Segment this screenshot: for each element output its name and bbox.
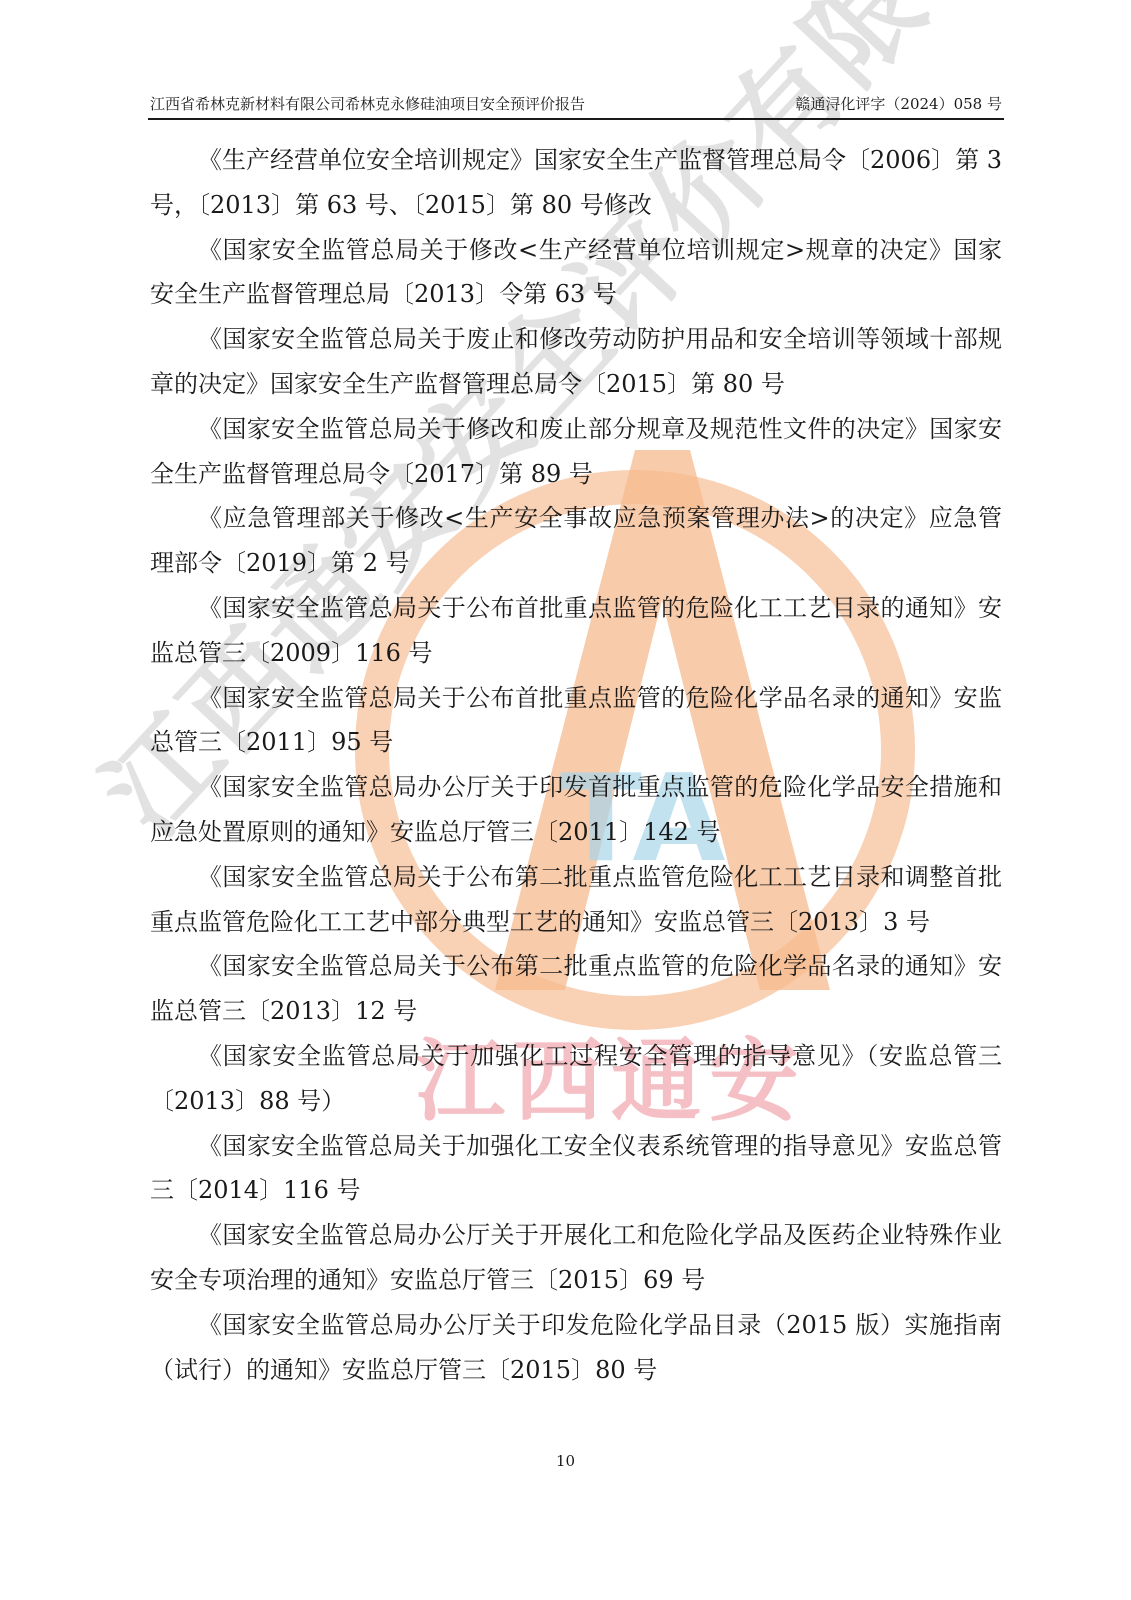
regulation-entry: 《国家安全监管总局关于修改和废止部分规章及规范性文件的决定》国家安全生产监督管理… [150,407,1002,497]
header-report-number: 赣通浔化评字（2024）058 号 [795,93,1002,114]
regulation-entry: 《国家安全监管总局关于公布首批重点监管的危险化工工艺目录的通知》安监总管三〔20… [150,586,1002,676]
regulation-entry: 《国家安全监管总局关于加强化工过程安全管理的指导意见》（安监总管三〔2013〕8… [150,1034,1002,1124]
regulation-entry: 《国家安全监管总局关于加强化工安全仪表系统管理的指导意见》安监总管三〔2014〕… [150,1124,1002,1214]
page-footer: 10 [0,1452,1131,1470]
regulation-entry: 《国家安全监管总局办公厅关于印发危险化学品目录（2015 版）实施指南（试行）的… [150,1303,1002,1393]
regulation-entry: 《国家安全监管总局关于公布第二批重点监管危险化工工艺目录和调整首批重点监管危险化… [150,855,1002,945]
regulation-entry: 《应急管理部关于修改<生产安全事故应急预案管理办法>的决定》应急管理部令〔201… [150,496,1002,586]
regulation-entry: 《国家安全监管总局关于废止和修改劳动防护用品和安全培训等领域十部规章的决定》国家… [150,317,1002,407]
page-number: 10 [556,1452,575,1470]
regulation-entry: 《国家安全监管总局办公厅关于开展化工和危险化学品及医药企业特殊作业安全专项治理的… [150,1213,1002,1303]
document-page: TA 江西通安安全评价有限公司 江西通安 江西省希林克新材料有限公司希林克永修硅… [0,0,1131,1600]
regulation-entry: 《生产经营单位安全培训规定》国家安全生产监督管理总局令〔2006〕第 3 号，〔… [150,138,1002,228]
regulation-entry: 《国家安全监管总局办公厅关于印发首批重点监管的危险化学品安全措施和应急处置原则的… [150,765,1002,855]
header-divider [148,118,1004,120]
page-header: 江西省希林克新材料有限公司希林克永修硅油项目安全预评价报告 赣通浔化评字（202… [150,88,1002,114]
header-report-title: 江西省希林克新材料有限公司希林克永修硅油项目安全预评价报告 [150,93,585,114]
regulation-list: 《生产经营单位安全培训规定》国家安全生产监督管理总局令〔2006〕第 3 号，〔… [150,138,1002,1392]
regulation-entry: 《国家安全监管总局关于修改<生产经营单位培训规定>规章的决定》国家安全生产监督管… [150,228,1002,318]
regulation-entry: 《国家安全监管总局关于公布第二批重点监管的危险化学品名录的通知》安监总管三〔20… [150,944,1002,1034]
regulation-entry: 《国家安全监管总局关于公布首批重点监管的危险化学品名录的通知》安监总管三〔201… [150,676,1002,766]
